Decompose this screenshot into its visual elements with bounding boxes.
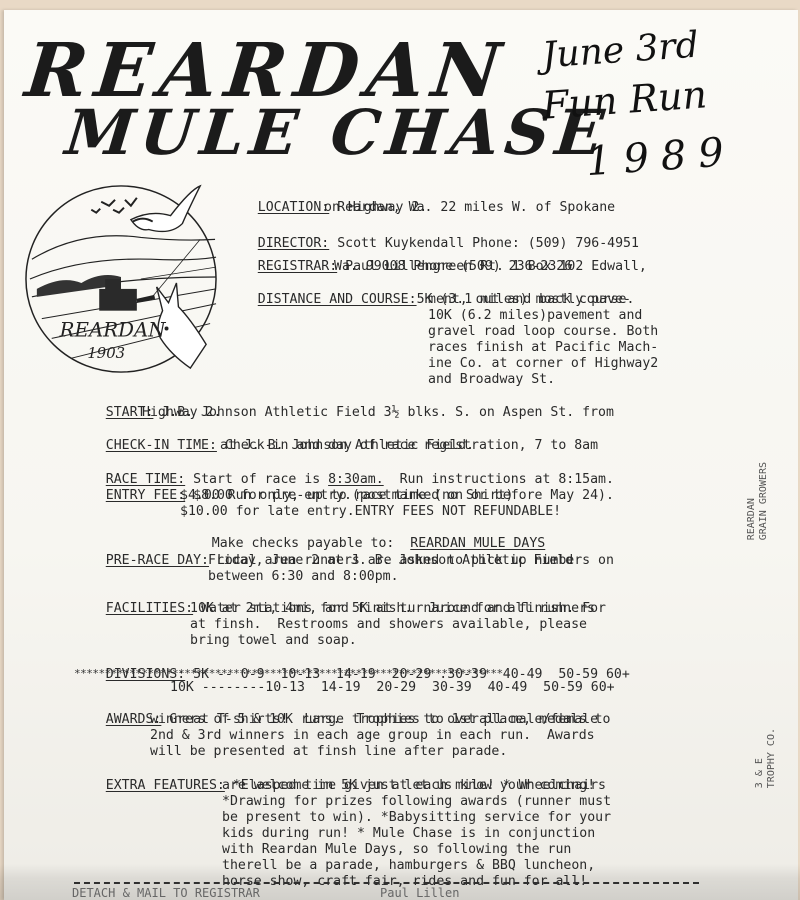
grain-growers-line-2: GRAIN GROWERS [758, 462, 769, 540]
awards-line-2: winners of 5 & 10K runs. Trophies to 1st… [150, 712, 611, 728]
trophy-co-stamp: 3 & E TROPHY CO. [754, 728, 778, 788]
distance-line-6: ine Co. at corner of Highway2 [428, 356, 658, 372]
pre-race-line-2: Friday, June 2 at J. B. Johnson Athletic… [208, 553, 573, 569]
entry-fee-line-3: $10.00 for late entry.ENTRY FEES NOT REF… [180, 504, 561, 520]
trophy-line-1: 3 & E [754, 758, 765, 788]
grain-growers-stamp: REARDAN GRAIN GROWERS [746, 462, 770, 540]
grain-growers-line-1: REARDAN [746, 498, 757, 540]
svg-text:REARDAN: REARDAN [59, 318, 167, 341]
checkin-label: CHECK-IN TIME: [106, 438, 217, 453]
handwritten-date: June 3rd [541, 25, 700, 77]
pre-race-label: PRE-RACE DAY: [106, 553, 209, 568]
checkin-line-2: at J. B. Johnson Athletic Field. [220, 438, 474, 454]
distance-line-5: races finish at Pacific Mach- [428, 340, 658, 356]
location-label: LOCATION: [258, 200, 329, 215]
entry-fee-label: ENTRY FEE: [106, 488, 185, 503]
start-line-1: J.B. Johnson Athletic Field 3½ blks. S. … [161, 405, 614, 420]
registrar-line-2: Wa. 99008 Phone (509) 236-2326 [334, 259, 572, 275]
detach-instruction: DETACH & MAIL TO REGISTRAR [72, 886, 260, 900]
entry-fee-line-2: $4.00 Run only, up to race time (no Shir… [180, 488, 513, 504]
detach-registrar-name: Paul Lillen [380, 886, 459, 900]
distance-line-3: 10K (6.2 miles)pavement and [428, 308, 642, 324]
distance-label: DISTANCE AND COURSE: [258, 292, 417, 307]
handwritten-event: Fun Run [541, 72, 709, 127]
pre-race-line-3: between 6:30 and 8:00pm. [208, 569, 399, 585]
distance-line-7: and Broadway St. [428, 372, 555, 388]
title-mule-chase: MULE CHASE [62, 96, 613, 169]
start-line-2: Highway 2. [142, 405, 221, 421]
distance-line-2: ment, out and back course. [428, 292, 634, 308]
location-line-2: on Highway 2. [324, 200, 427, 216]
facilities-line-3: at finsh. Restrooms and showers availabl… [190, 617, 587, 633]
handwritten-year: 1989 [585, 129, 738, 185]
divisions-separator: ****************************************… [74, 667, 503, 680]
awards-line-3: 2nd & 3rd winners in each age group in e… [150, 728, 595, 744]
trophy-line-2: TROPHY CO. [766, 728, 777, 788]
divisions-10k: 10K --------10-13 14-19 20-29 30-39 40-4… [170, 680, 615, 696]
extra-line-5: kids during run! * Mule Chase is in conj… [222, 826, 595, 842]
extra-line-2: are welcome in 5K just let us know your … [222, 778, 595, 794]
facilities-line-2: 10K at 2mi, 4mi, and finish. Juice for a… [190, 601, 595, 617]
extra-line-4: be present to win). *Babysitting service… [222, 810, 611, 826]
extra-line-6: with Reardan Mule Days, so following the… [222, 842, 571, 858]
facilities-line-4: bring towel and soap. [190, 633, 357, 649]
reardan-seal-illustration: REARDAN 1903 [22, 180, 220, 378]
svg-text:1903: 1903 [87, 344, 125, 362]
flyer-page: REARDAN MULE CHASE June 3rd Fun Run 1989… [4, 10, 798, 900]
extra-line-3: *Drawing for prizes following awards (ru… [222, 794, 611, 810]
awards-line-4: will be presented at finsh line after pa… [150, 744, 507, 760]
facilities-label: FACILITIES: [106, 601, 193, 616]
extra-label: EXTRA FEATURES: [106, 778, 225, 793]
distance-line-4: gravel road loop course. Both [428, 324, 658, 340]
registrar-label: REGISTRAR: [258, 259, 337, 274]
